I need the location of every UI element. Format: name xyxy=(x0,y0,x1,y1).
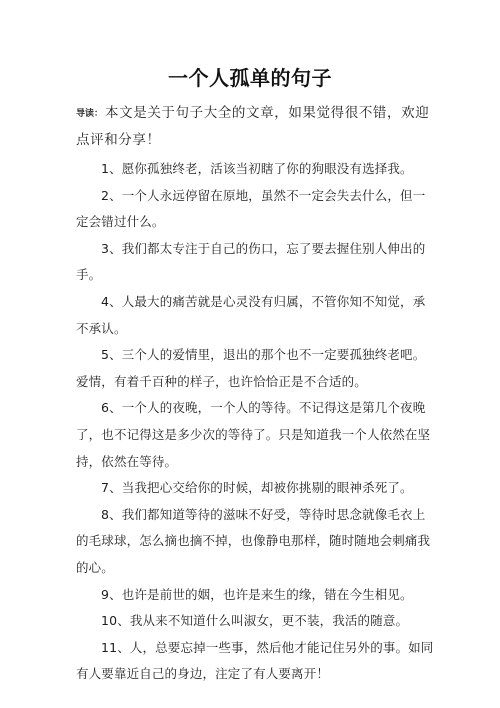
document-page: 一个人孤单的句子 导读：本文是关于句子大全的文章，如果觉得很不错，欢迎点评和分享… xyxy=(0,0,500,708)
list-item: 8、我们都知道等待的滋味不好受，等待时思念就像毛衣上的毛球球，怎么摘也摘不掉，也… xyxy=(76,502,436,582)
list-item: 5、三个人的爱情里，退出的那个也不一定要孤独终老吧。爱情，有着千百种的样子，也许… xyxy=(76,342,436,395)
list-item: 10、我从来不知道什么叫淑女，更不装，我活的随意。 xyxy=(76,608,436,635)
list-item: 1、愿你孤独终老，活该当初瞎了你的狗眼没有选择我。 xyxy=(76,156,436,183)
list-item: 2、一个人永远停留在原地，虽然不一定会失去什么，但一定会错过什么。 xyxy=(76,183,436,236)
intro-text: 本文是关于句子大全的文章，如果觉得很不错，欢迎点评和分享！ xyxy=(76,105,429,148)
document-body: 导读：本文是关于句子大全的文章，如果觉得很不错，欢迎点评和分享！ 1、愿你孤独终… xyxy=(76,100,436,688)
intro-label: 导读： xyxy=(76,109,103,119)
sentence-list: 1、愿你孤独终老，活该当初瞎了你的狗眼没有选择我。 2、一个人永远停留在原地，虽… xyxy=(76,156,436,688)
list-item: 9、也许是前世的姻，也许是来生的缘，错在今生相见。 xyxy=(76,582,436,609)
list-item: 11、人，总要忘掉一些事，然后他才能记住另外的事。如同有人要靠近自己的身边，注定… xyxy=(76,635,436,688)
list-item: 6、一个人的夜晚，一个人的等待。不记得这是第几个夜晚了，也不记得这是多少次的等待… xyxy=(76,395,436,475)
page-title: 一个人孤单的句子 xyxy=(0,64,500,92)
intro-paragraph: 导读：本文是关于句子大全的文章，如果觉得很不错，欢迎点评和分享！ xyxy=(76,100,436,153)
list-item: 3、我们都太专注于自己的伤口，忘了要去握住别人伸出的手。 xyxy=(76,236,436,289)
list-item: 4、人最大的痛苦就是心灵没有归属，不管你知不知觉，承不承认。 xyxy=(76,289,436,342)
list-item: 7、当我把心交给你的时候，却被你挑剔的眼神杀死了。 xyxy=(76,475,436,502)
